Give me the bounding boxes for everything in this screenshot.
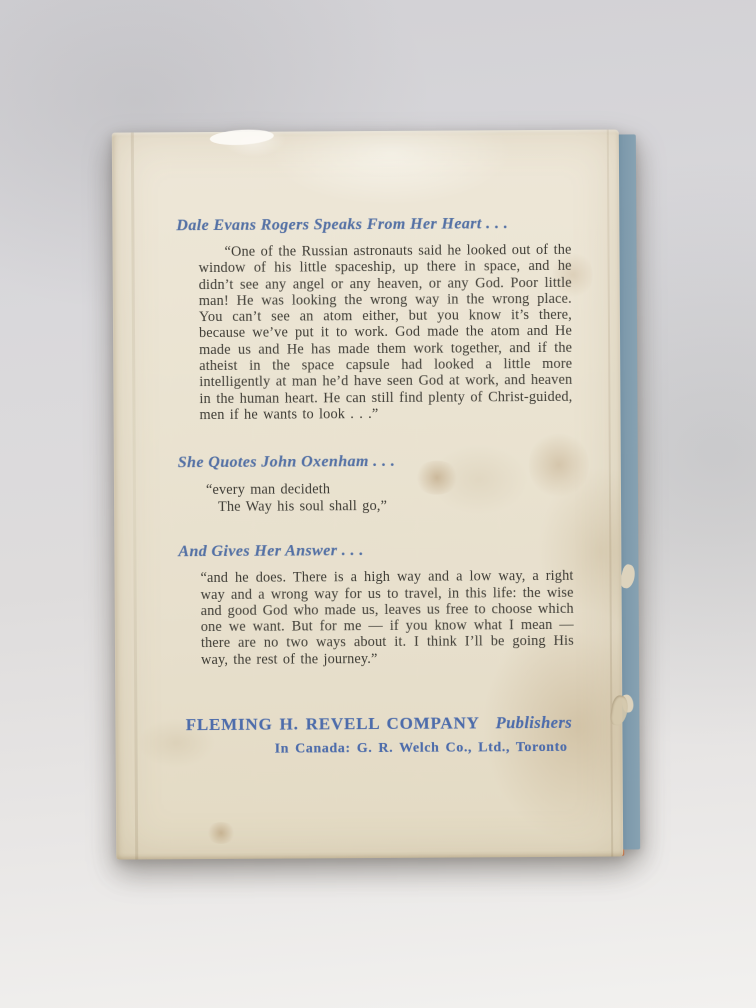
oxenham-verse: “every man decideth The Way his soul sha… — [206, 480, 577, 516]
section-heading-oxenham: She Quotes John Oxenham . . . — [178, 452, 577, 472]
publisher-role: Publishers — [496, 713, 573, 732]
verse-line-2: The Way his soul shall go,” — [218, 497, 577, 516]
book: Dale Evans Rogers Speaks From Her Heart … — [112, 129, 640, 859]
canada-distributor-line: In Canada: G. R. Welch Co., Ltd., Toront… — [180, 740, 579, 758]
publisher-line: FLEMING H. REVELL COMPANY Publishers — [179, 713, 578, 735]
section-heading-answer: And Gives Her Answer . . . — [178, 541, 577, 561]
astronaut-quote-paragraph: “One of the Russian astronauts said he l… — [198, 242, 572, 424]
dust-jacket-back-cover: Dale Evans Rogers Speaks From Her Heart … — [112, 130, 623, 860]
photo-background: Dale Evans Rogers Speaks From Her Heart … — [0, 0, 756, 1008]
jacket-stain — [206, 822, 236, 844]
section-heading-speaks: Dale Evans Rogers Speaks From Her Heart … — [176, 215, 575, 235]
jacket-chip-on-board — [619, 563, 637, 589]
answer-paragraph: “and he does. There is a high way and a … — [200, 568, 574, 668]
cover-text-block: Dale Evans Rogers Speaks From Her Heart … — [112, 130, 623, 759]
publisher-name: FLEMING H. REVELL COMPANY — [186, 713, 480, 734]
